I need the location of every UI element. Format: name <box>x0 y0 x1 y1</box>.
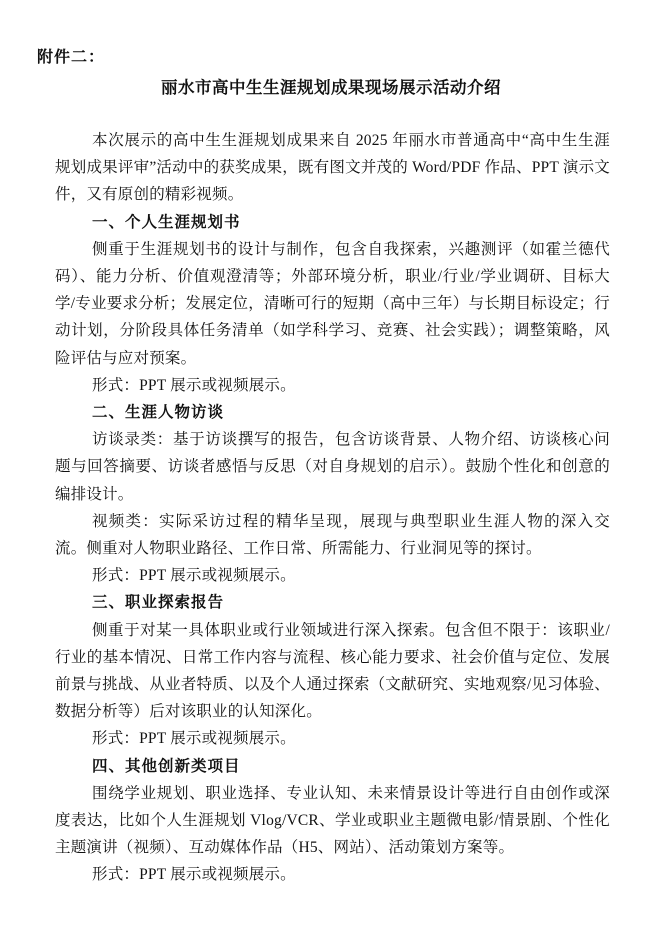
document-page: 附件二： 丽水市高中生生涯规划成果现场展示活动介绍 本次展示的高中生生涯规划成果… <box>0 0 662 936</box>
section-2-heading: 二、生涯人物访谈 <box>55 399 610 426</box>
section-1-heading: 一、个人生涯规划书 <box>55 209 610 236</box>
attachment-label: 附件二： <box>37 44 105 67</box>
section-2-format: 形式：PPT 展示或视频展示。 <box>55 562 610 589</box>
section-2-video-paragraph: 视频类：实际采访过程的精华呈现，展现与典型职业生涯人物的深入交流。侧重对人物职业… <box>55 508 610 562</box>
doc-body: 本次展示的高中生生涯规划成果来自 2025 年丽水市普通高中“高中生生涯规划成果… <box>55 127 610 889</box>
intro-paragraph: 本次展示的高中生生涯规划成果来自 2025 年丽水市普通高中“高中生生涯规划成果… <box>55 127 610 209</box>
doc-title: 丽水市高中生生涯规划成果现场展示活动介绍 <box>0 74 662 98</box>
section-2-interview-paragraph: 访谈录类：基于访谈撰写的报告，包含访谈背景、人物介绍、访谈核心问题与回答摘要、访… <box>55 426 610 508</box>
section-3-heading: 三、职业探索报告 <box>55 589 610 616</box>
section-4-format: 形式：PPT 展示或视频展示。 <box>55 861 610 888</box>
section-1-paragraph: 侧重于生涯规划书的设计与制作，包含自我探索，兴趣测评（如霍兰德代码）、能力分析、… <box>55 236 610 372</box>
section-4-paragraph: 围绕学业规划、职业选择、专业认知、未来情景设计等进行自由创作或深度表达，比如个人… <box>55 780 610 862</box>
section-3-paragraph: 侧重于对某一具体职业或行业领域进行深入探索。包含但不限于：该职业/行业的基本情况… <box>55 617 610 726</box>
section-4-heading: 四、其他创新类项目 <box>55 753 610 780</box>
section-3-format: 形式：PPT 展示或视频展示。 <box>55 725 610 752</box>
section-1-format: 形式：PPT 展示或视频展示。 <box>55 372 610 399</box>
